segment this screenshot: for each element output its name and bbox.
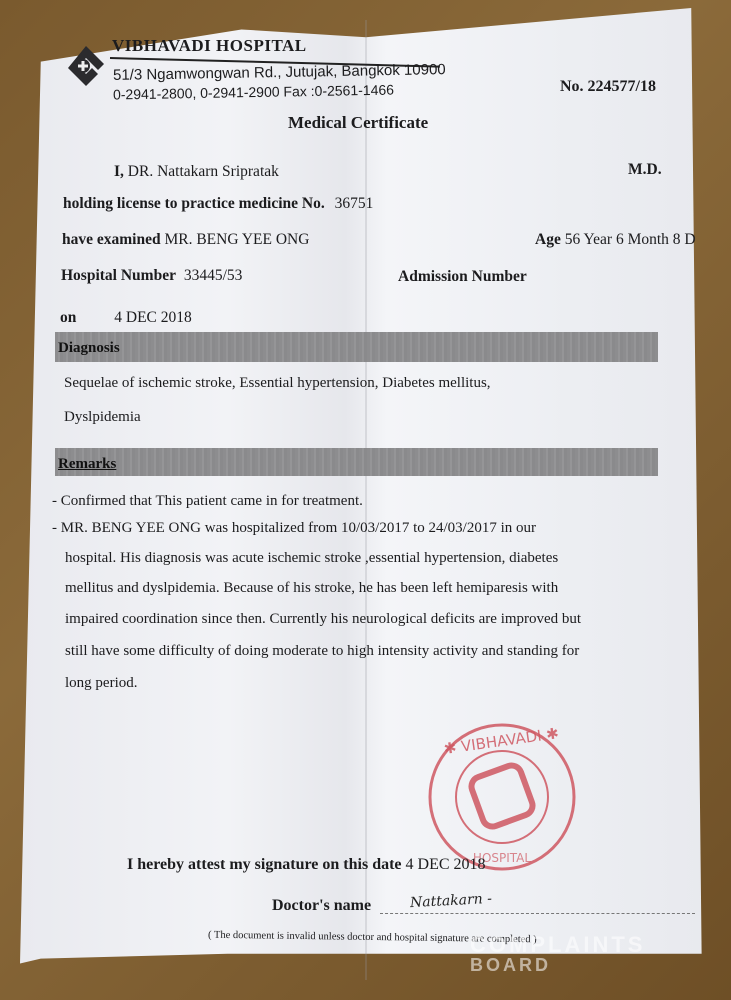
- hospital-number-line: Hospital Number 33445/53: [61, 267, 242, 285]
- hospital-cross-logo-icon: [64, 44, 108, 88]
- diagnosis-line: Sequelae of ischemic stroke, Essential h…: [64, 375, 491, 392]
- diagnosis-line: Dyslpidemia: [64, 409, 141, 426]
- remarks-header-band: Remarks: [55, 448, 658, 476]
- attestation-text: I hereby attest my signature on this dat…: [127, 856, 402, 873]
- watermark-line2: BOARD: [470, 955, 645, 975]
- remarks-line: hospital. His diagnosis was acute ischem…: [65, 550, 558, 567]
- hospital-number-label: Hospital Number: [61, 267, 176, 284]
- remarks-line: - MR. BENG YEE ONG was hospitalized from…: [52, 520, 536, 537]
- document-title: Medical Certificate: [288, 113, 428, 133]
- remarks-line: long period.: [65, 675, 138, 692]
- attestation-line: I hereby attest my signature on this dat…: [127, 856, 486, 874]
- paper-fold-line: [365, 20, 367, 980]
- admission-number-label: Admission Number: [398, 268, 527, 286]
- examined-line: have examined MR. BENG YEE ONG: [62, 231, 309, 249]
- age-label: Age: [535, 231, 561, 248]
- signature-line: [380, 913, 695, 914]
- remarks-line: still have some difficulty of doing mode…: [65, 643, 579, 660]
- remarks-line: mellitus and dyslpidemia. Because of his…: [65, 580, 558, 597]
- diagnosis-header-band: Diagnosis: [55, 332, 658, 362]
- age-value: 56 Year 6 Month 8 D: [565, 231, 696, 248]
- license-line: holding license to practice medicine No.…: [63, 195, 373, 213]
- watermark: COMPLAINTS BOARD: [470, 935, 645, 975]
- doctor-degree: M.D.: [628, 161, 662, 179]
- remarks-line: impaired coordination since then. Curren…: [65, 611, 581, 628]
- exam-date: 4 DEC 2018: [114, 309, 192, 326]
- doctor-name-label: Doctor's name: [272, 897, 371, 915]
- on-label: on: [60, 309, 76, 326]
- examined-label: have examined: [62, 231, 161, 248]
- doctor-prefix: I,: [114, 163, 124, 180]
- hospital-number-value: 33445/53: [184, 267, 243, 284]
- age-line: Age 56 Year 6 Month 8 D: [535, 231, 696, 249]
- hospital-stamp-icon: ✱ VIBHAVADI ✱ HOSPITAL: [418, 722, 586, 872]
- remarks-line: - Confirmed that This patient came in fo…: [52, 493, 363, 510]
- license-number: 36751: [335, 195, 374, 212]
- exam-date-line: on 4 DEC 2018: [60, 309, 192, 327]
- certificate-number: No. 224577/18: [560, 78, 656, 96]
- watermark-line1: COMPLAINTS: [470, 935, 645, 955]
- hospital-name: VIBHAVADI HOSPITAL: [112, 36, 307, 56]
- remarks-label: Remarks: [58, 456, 116, 473]
- diagnosis-label: Diagnosis: [58, 340, 120, 357]
- svg-text:✱ VIBHAVADI ✱: ✱ VIBHAVADI ✱: [443, 724, 560, 758]
- doctor-line: I, DR. Nattakarn Sripratak: [114, 163, 279, 181]
- doctor-name: DR. Nattakarn Sripratak: [128, 163, 279, 180]
- attestation-date: 4 DEC 2018: [406, 856, 486, 873]
- patient-name: MR. BENG YEE ONG: [164, 231, 309, 248]
- license-label: holding license to practice medicine No.: [63, 195, 325, 212]
